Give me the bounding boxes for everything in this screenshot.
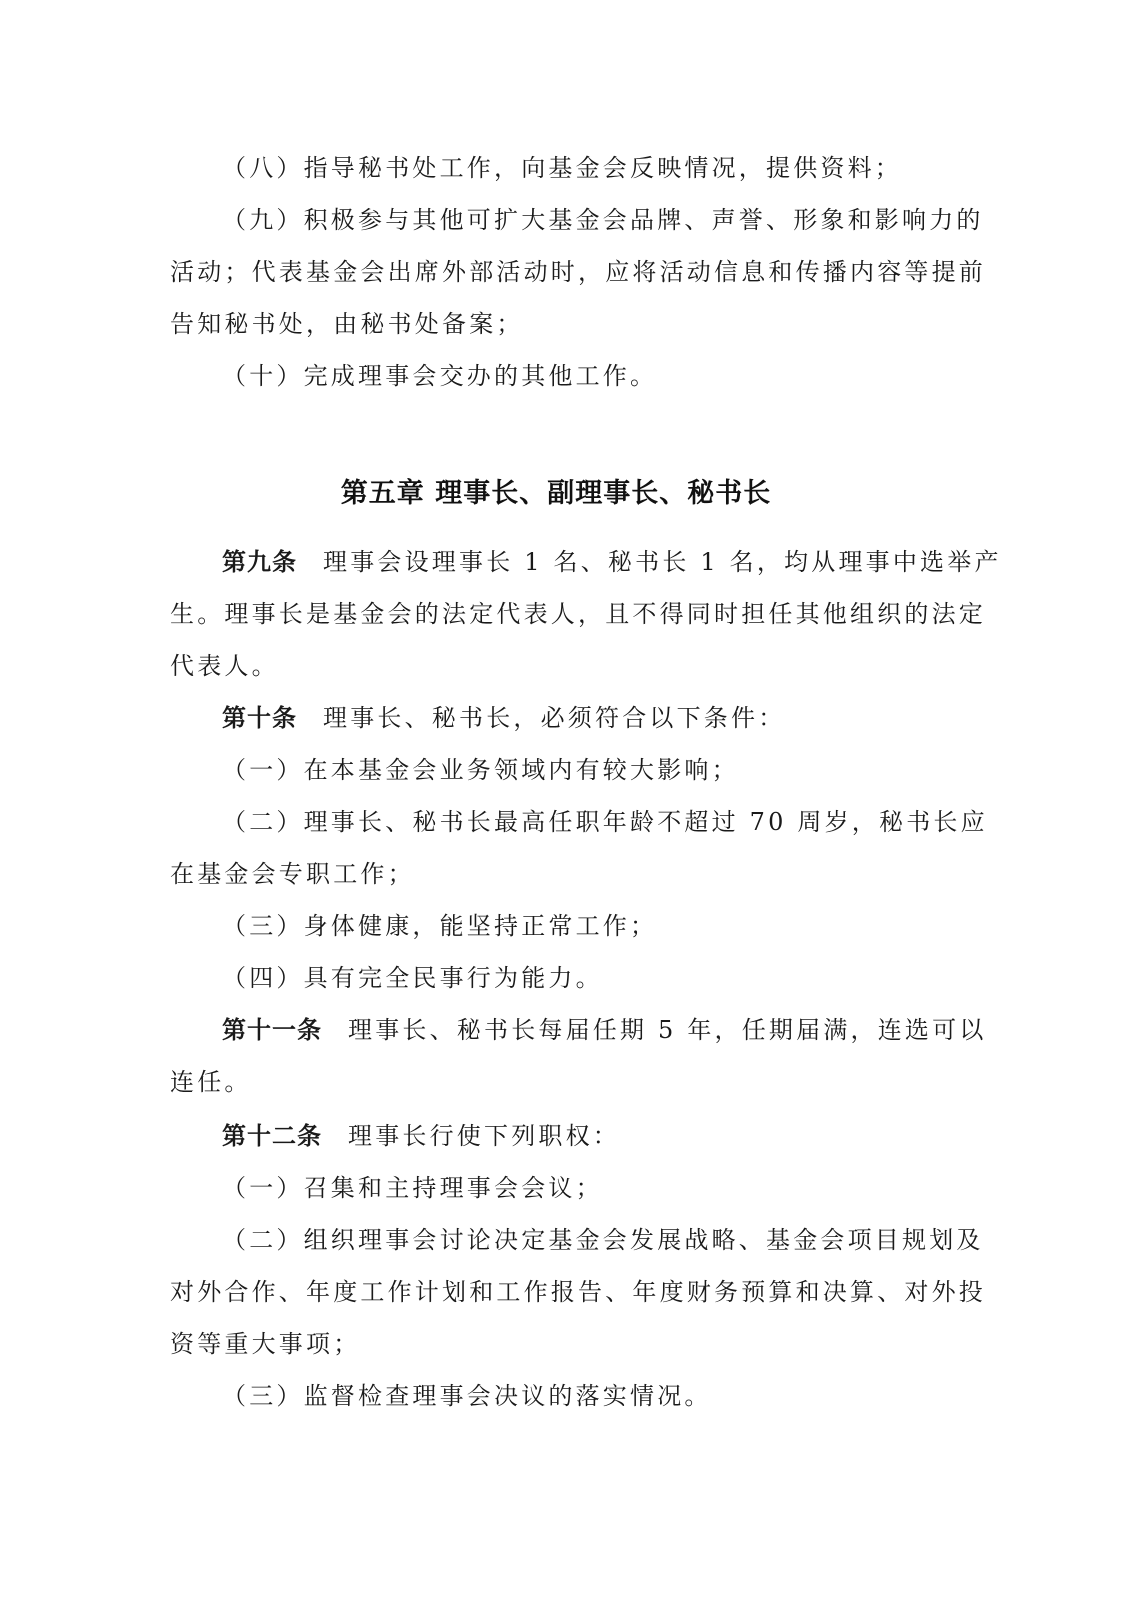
article-12-item-3: （三）监督检查理事会决议的落实情况。 <box>222 1381 942 1411</box>
article-10-item-2-line-2: 在基金会专职工作； <box>170 859 942 889</box>
list-item-10: （十）完成理事会交办的其他工作。 <box>222 361 942 391</box>
article-9-text: 理事会设理事长 1 名、秘书长 1 名，均从理事中选举产 <box>323 548 1002 576</box>
article-10-item-4: （四）具有完全民事行为能力。 <box>222 963 942 993</box>
article-11-line-1: 第十一条理事长、秘书长每届任期 5 年，任期届满，连选可以 <box>222 1015 942 1045</box>
article-10-label: 第十条 <box>222 704 297 732</box>
article-9-line-3: 代表人。 <box>170 651 942 681</box>
article-10-item-3: （三）身体健康，能坚持正常工作； <box>222 911 942 941</box>
article-12-label: 第十二条 <box>222 1122 322 1150</box>
article-12-item-2-line-1: （二）组织理事会讨论决定基金会发展战略、基金会项目规划及 <box>222 1225 942 1255</box>
chapter-title: 第五章 理事长、副理事长、秘书长 <box>170 477 942 511</box>
article-10-item-1: （一）在本基金会业务领域内有较大影响； <box>222 755 942 785</box>
article-12-item-1: （一）召集和主持理事会会议； <box>222 1173 942 1203</box>
article-11-label: 第十一条 <box>222 1016 322 1044</box>
list-item-9-line-2: 活动；代表基金会出席外部活动时，应将活动信息和传播内容等提前 <box>170 257 942 287</box>
article-11-text: 理事长、秘书长每届任期 5 年，任期届满，连选可以 <box>348 1016 987 1044</box>
list-item-8: （八）指导秘书处工作，向基金会反映情况，提供资料； <box>222 153 942 183</box>
article-11-line-2: 连任。 <box>170 1067 942 1097</box>
article-9-line-1: 第九条理事会设理事长 1 名、秘书长 1 名，均从理事中选举产 <box>222 547 942 577</box>
article-10-item-2-line-1: （二）理事长、秘书长最高任职年龄不超过 70 周岁，秘书长应 <box>222 807 942 837</box>
article-10-line-1: 第十条理事长、秘书长，必须符合以下条件： <box>222 703 942 733</box>
article-12-item-2-line-2: 对外合作、年度工作计划和工作报告、年度财务预算和决算、对外投 <box>170 1277 942 1307</box>
article-9-line-2: 生。理事长是基金会的法定代表人，且不得同时担任其他组织的法定 <box>170 599 942 629</box>
list-item-9-line-1: （九）积极参与其他可扩大基金会品牌、声誉、形象和影响力的 <box>222 205 942 235</box>
article-12-item-2-line-3: 资等重大事项； <box>170 1329 942 1359</box>
article-10-text: 理事长、秘书长，必须符合以下条件： <box>323 704 785 732</box>
article-12-line-1: 第十二条理事长行使下列职权： <box>222 1121 942 1151</box>
article-9-label: 第九条 <box>222 548 297 576</box>
article-12-text: 理事长行使下列职权： <box>348 1122 620 1150</box>
list-item-9-line-3: 告知秘书处，由秘书处备案； <box>170 309 942 339</box>
